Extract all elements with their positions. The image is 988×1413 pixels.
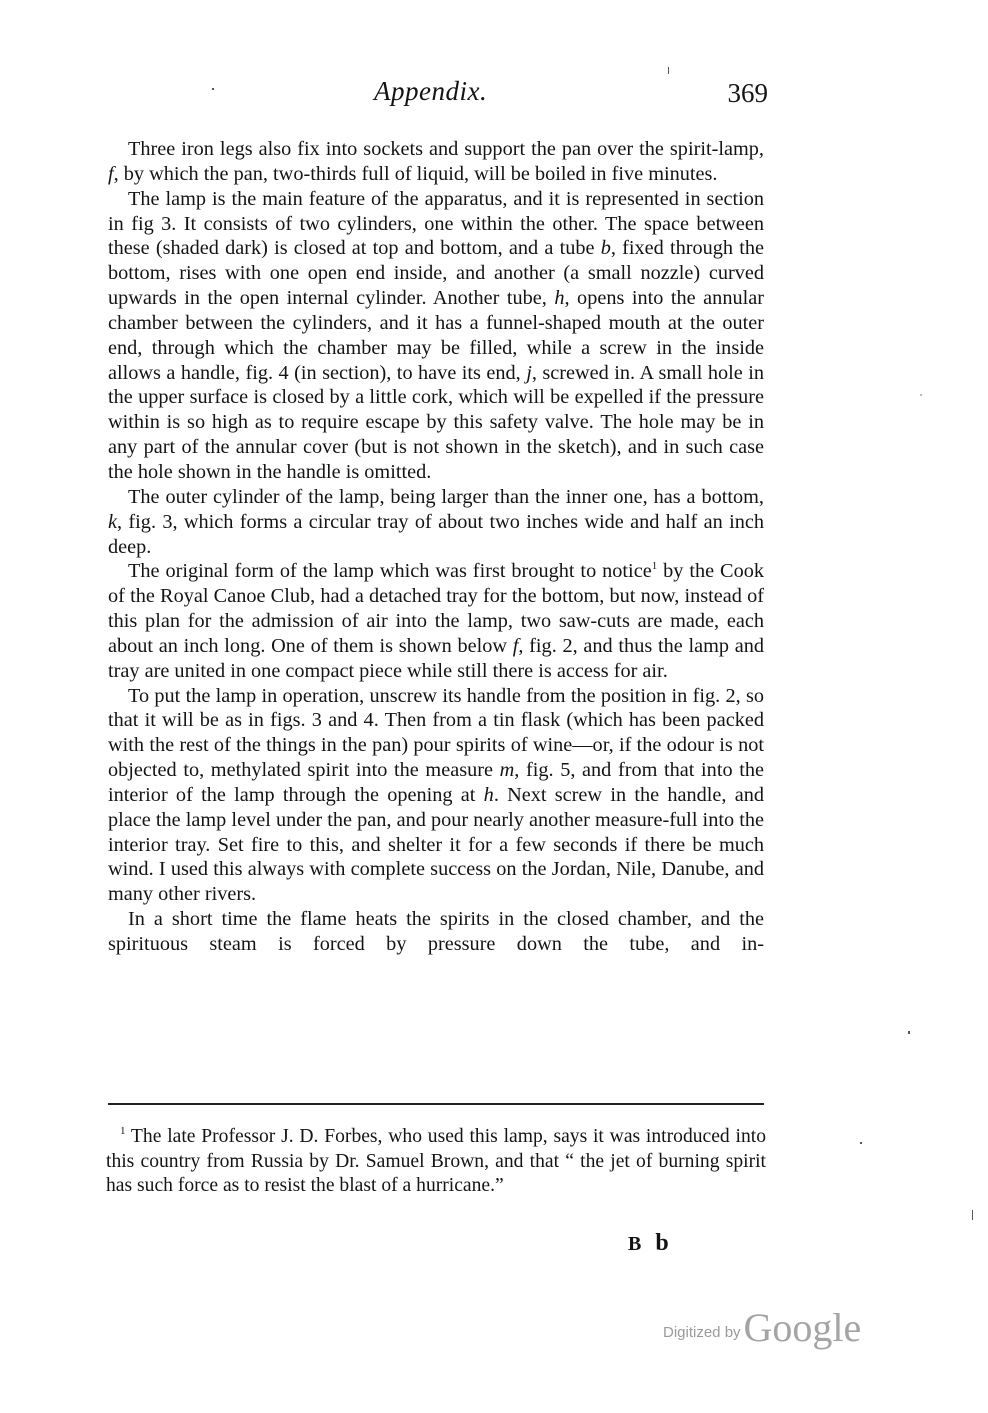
figure-letter-h: h (484, 784, 494, 806)
scan-speck (972, 1210, 973, 1220)
paragraph-outer-cylinder: The outer cylinder of the lamp, being la… (108, 485, 764, 560)
paragraph-original-form: The original form of the lamp which was … (108, 559, 764, 683)
paragraph-operation: To put the lamp in operation, unscrew it… (108, 684, 764, 908)
scan-speck (668, 67, 669, 74)
figure-letter-k: k (108, 511, 117, 533)
footnote-divider (108, 1103, 764, 1105)
paragraph-legs: Three iron legs also fix into sockets an… (108, 137, 764, 187)
book-page: Appendix. 369 Three iron legs also fix i… (0, 0, 988, 1413)
footnote-text: The late Professor J. D. Forbes, who use… (106, 1126, 766, 1196)
signature-letter: B (628, 1233, 641, 1255)
scan-speck (920, 394, 922, 396)
running-head: Appendix. 369 (108, 76, 768, 116)
footnotes: 1 The late Professor J. D. Forbes, who u… (106, 1125, 766, 1199)
running-title: Appendix. (374, 76, 487, 107)
scan-speck (908, 1031, 910, 1034)
scan-speck (212, 88, 214, 90)
signature-mark: Bb (628, 1230, 671, 1257)
paragraph-lamp-description: The lamp is the main feature of the appa… (108, 187, 764, 485)
watermark-prefix: Digitized by (663, 1324, 741, 1341)
figure-letter-h: h (554, 287, 564, 309)
google-logo-text: Google (744, 1305, 862, 1350)
scan-speck (860, 1142, 862, 1144)
signature-sheet: b (655, 1230, 670, 1256)
body-text: Three iron legs also fix into sockets an… (108, 137, 764, 957)
page-number: 369 (728, 78, 769, 109)
paragraph-flame: In a short time the flame heats the spir… (108, 907, 764, 957)
figure-letter-m: m (500, 759, 515, 781)
digitized-watermark: Digitized byGoogle (663, 1304, 861, 1351)
figure-letter-b: b (601, 237, 611, 259)
footnote-1: 1 The late Professor J. D. Forbes, who u… (106, 1125, 766, 1199)
